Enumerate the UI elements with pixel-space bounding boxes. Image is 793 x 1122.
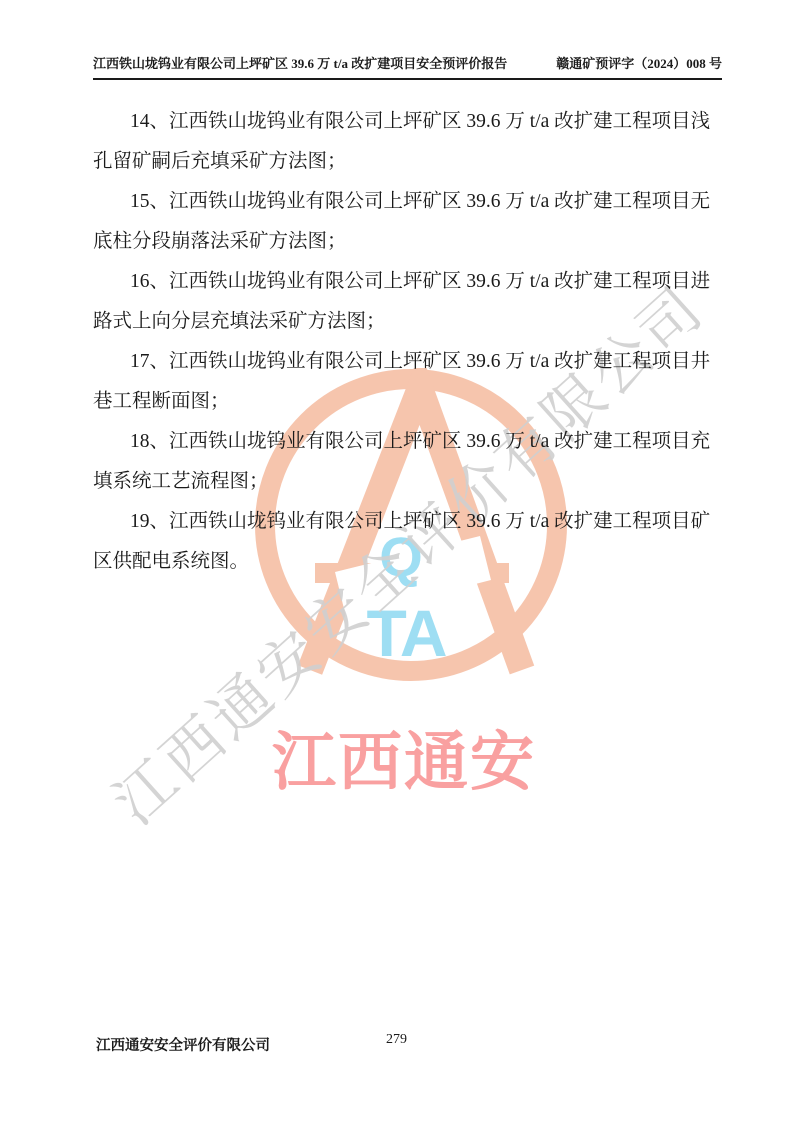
document-page: { "header": { "left_title": "江西铁山垅钨业有限公司…	[0, 0, 793, 1122]
list-item-15-line-1: 15、江西铁山垅钨业有限公司上坪矿区 39.6 万 t/a 改扩建工程项目无	[93, 182, 707, 222]
list-item-16-line-1: 16、江西铁山垅钨业有限公司上坪矿区 39.6 万 t/a 改扩建工程项目进	[93, 262, 707, 302]
list-item-19-line-2: 区供配电系统图。	[93, 542, 707, 582]
list-item-14-line-1: 14、江西铁山垅钨业有限公司上坪矿区 39.6 万 t/a 改扩建工程项目浅	[93, 102, 707, 142]
footer-page-number: 279	[0, 1032, 793, 1048]
list-item-18-line-2: 填系统工艺流程图；	[93, 462, 707, 502]
header-doc-number: 赣通矿预评字（2024）008 号	[556, 53, 722, 72]
attachment-list: 14、江西铁山垅钨业有限公司上坪矿区 39.6 万 t/a 改扩建工程项目浅 孔…	[93, 102, 707, 582]
list-item-15-line-2: 底柱分段崩落法采矿方法图；	[93, 222, 707, 262]
page-header: 江西铁山垅钨业有限公司上坪矿区 39.6 万 t/a 改扩建项目安全预评价报告 …	[93, 53, 722, 80]
list-item-19-line-1: 19、江西铁山垅钨业有限公司上坪矿区 39.6 万 t/a 改扩建工程项目矿	[93, 502, 707, 542]
header-report-title: 江西铁山垅钨业有限公司上坪矿区 39.6 万 t/a 改扩建项目安全预评价报告	[93, 53, 507, 72]
list-item-14-line-2: 孔留矿嗣后充填采矿方法图；	[93, 142, 707, 182]
content-layer: 江西铁山垅钨业有限公司上坪矿区 39.6 万 t/a 改扩建项目安全预评价报告 …	[0, 0, 793, 1122]
list-item-18-line-1: 18、江西铁山垅钨业有限公司上坪矿区 39.6 万 t/a 改扩建工程项目充	[93, 422, 707, 462]
list-item-17-line-2: 巷工程断面图；	[93, 382, 707, 422]
list-item-17-line-1: 17、江西铁山垅钨业有限公司上坪矿区 39.6 万 t/a 改扩建工程项目井	[93, 342, 707, 382]
list-item-16-line-2: 路式上向分层充填法采矿方法图；	[93, 302, 707, 342]
